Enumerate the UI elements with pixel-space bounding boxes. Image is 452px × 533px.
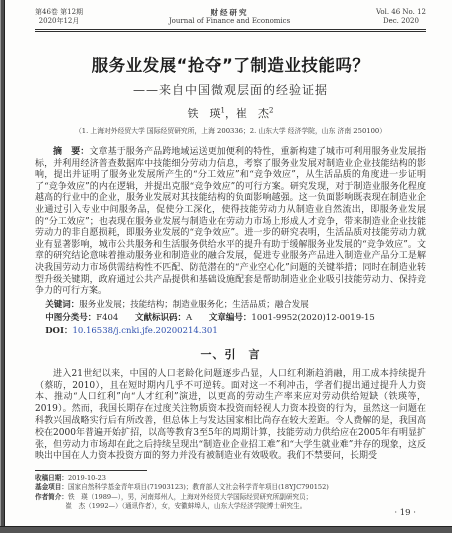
header-double-rule bbox=[35, 29, 426, 32]
author-bio-2: 崔 杰（1992—）（通讯作者），女，安徽蚌埠人，山东大学经济学院博士研究生。 bbox=[65, 502, 306, 510]
journal-name-cn: 财经研究 bbox=[169, 8, 290, 17]
body-paragraph-1: 进入21世纪以来，中国的人口老龄化问题逐步凸显，人口红利渐趋消融，用工成本持续提… bbox=[35, 369, 426, 463]
author-bio-row-1: 作者简介：铁 瑛（1989—），男，河南郑州人，上海对外经贸大学国际经贸研究所副… bbox=[35, 493, 426, 502]
scanned-paper-page: 第46卷 第12期 2020年12月 财经研究 Journal of Finan… bbox=[0, 0, 452, 533]
funding-row: 基金项目：国家自然科学基金青年项目(71903123)；教育部人文社会科学青年项… bbox=[35, 483, 426, 492]
clc-item: 中图分类号：F404 bbox=[45, 313, 118, 323]
article-id-item: 文章编号：1001-9952(2020)12-0019-15 bbox=[209, 313, 375, 323]
footnote-rule bbox=[35, 470, 147, 471]
received-date-label: 收稿日期： bbox=[35, 474, 68, 482]
journal-issue-en: Vol. 46 No. 12 Dec. 2020 bbox=[376, 8, 426, 26]
journal-name-en: Journal of Finance and Economics bbox=[169, 17, 290, 26]
journal-name-block: 财经研究 Journal of Finance and Economics bbox=[169, 8, 290, 26]
received-date-value: 2019-10-23 bbox=[68, 474, 106, 482]
doc-code-item: 文献标识码：A bbox=[135, 313, 192, 323]
author-1-name: 铁 瑛 bbox=[188, 107, 221, 120]
section-1-heading: 一、引 言 bbox=[35, 346, 426, 362]
abstract-block: 摘 要：文章基于服务产品跨地域运送更加便利的特性，重新构建了城市可利用服务业发展… bbox=[35, 147, 426, 298]
keywords-line: 关键词：服务业发展；技能结构；制造业服务化；生活品质；融合发展 bbox=[35, 300, 426, 311]
author-bio-label: 作者简介： bbox=[35, 493, 68, 501]
doc-code-value: A bbox=[186, 313, 192, 323]
scan-edge-bottom bbox=[0, 526, 452, 533]
clc-value: F404 bbox=[96, 313, 118, 323]
clc-label: 中图分类号： bbox=[45, 313, 96, 323]
doc-code-label: 文献标识码： bbox=[135, 313, 186, 323]
author-2-superscript: 2 bbox=[269, 106, 273, 114]
author-2-name: 崔 杰 bbox=[236, 107, 269, 120]
article-title: 服务业发展“抢夺”了制造业技能吗？ bbox=[35, 56, 426, 76]
author-bio-1: 铁 瑛（1989—），男，河南郑州人，上海对外经贸大学国际经贸研究所副研究员； bbox=[68, 493, 312, 501]
journal-date-en: Dec. 2020 bbox=[376, 17, 426, 26]
article-subtitle: ——来自中国微观层面的经验证据 bbox=[35, 81, 426, 98]
article-id-label: 文章编号： bbox=[209, 313, 252, 323]
doi-link[interactable]: 10.16538/j.cnki.jfe.20200214.301 bbox=[72, 326, 217, 336]
journal-volume-cn: 第46卷 第12期 bbox=[35, 8, 83, 17]
article-id-value: 1001-9952(2020)12-0019-15 bbox=[251, 313, 374, 323]
doi-label: DOI： bbox=[45, 326, 72, 336]
journal-issue-cn: 第46卷 第12期 2020年12月 bbox=[35, 8, 83, 26]
author-separator: ， bbox=[225, 107, 236, 120]
abstract-label: 摘 要： bbox=[53, 147, 89, 157]
received-date-row: 收稿日期：2019-10-23 bbox=[35, 474, 426, 483]
journal-volume-en: Vol. 46 No. 12 bbox=[376, 8, 426, 17]
keywords-label: 关键词： bbox=[45, 300, 79, 310]
doi-line: DOI：10.16538/j.cnki.jfe.20200214.301 bbox=[35, 326, 426, 337]
classification-line: 中图分类号：F404 文献标识码：A 文章编号：1001-9952(2020)1… bbox=[35, 313, 426, 324]
author-line: 铁 瑛1，崔 杰2 bbox=[35, 105, 426, 121]
page-number: · 19 · bbox=[394, 508, 416, 518]
funding-value: 国家自然科学基金青年项目(71903123)；教育部人文社会科学青年项目(18Y… bbox=[68, 483, 329, 491]
funding-label: 基金项目： bbox=[35, 483, 68, 491]
affiliation-line: （1. 上海对外经贸大学 国际经贸研究所，上海 200336；2. 山东大学 经… bbox=[35, 125, 426, 135]
journal-header: 第46卷 第12期 2020年12月 财经研究 Journal of Finan… bbox=[35, 8, 426, 26]
paper-page: 第46卷 第12期 2020年12月 财经研究 Journal of Finan… bbox=[5, 0, 452, 526]
author-bio-row-2: 崔 杰（1992—）（通讯作者），女，安徽蚌埠人，山东大学经济学院博士研究生。 bbox=[35, 502, 426, 511]
journal-date-cn: 2020年12月 bbox=[35, 17, 83, 26]
keywords-text: 服务业发展；技能结构；制造业服务化；生活品质；融合发展 bbox=[79, 300, 309, 310]
footnote-block: 收稿日期：2019-10-23 基金项目：国家自然科学基金青年项目(719031… bbox=[35, 474, 426, 511]
abstract-text: 文章基于服务产品跨地域运送更加便利的特性，重新构建了城市可利用服务业发展指标，并… bbox=[35, 147, 426, 296]
